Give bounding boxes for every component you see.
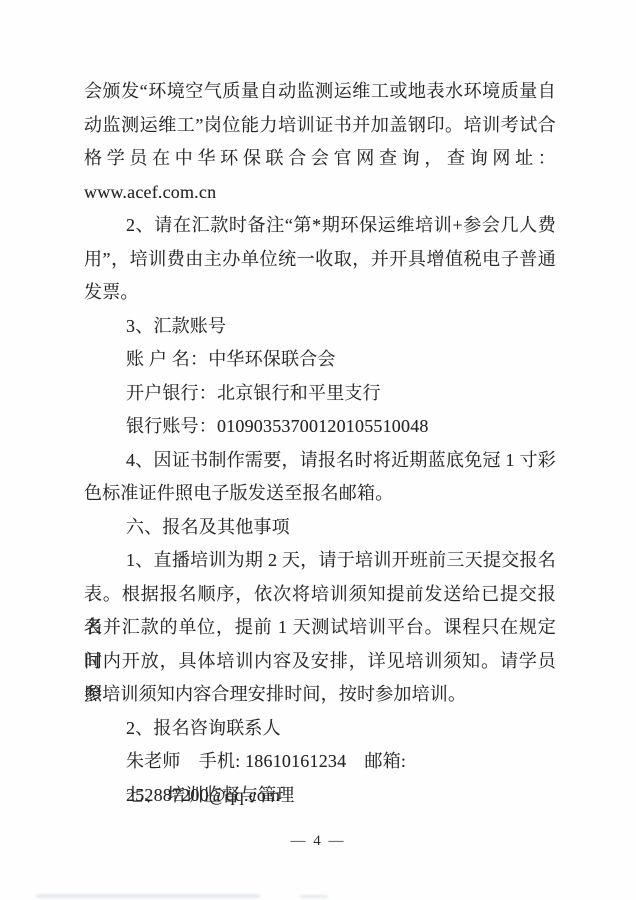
text-line: 用”，培训费由主办单位统一收取，并开具增值税电子普通 — [84, 243, 556, 277]
page-number: — 4 — — [0, 830, 636, 852]
text-line: 色标准证件照电子版发送至报名邮箱。 — [84, 477, 556, 511]
text-line: 间内开放，具体培训内容及安排，详见培训须知。请学员参 — [84, 645, 556, 679]
text-line: 2、请在汇款时备注“第*期环保运维培训+参会几人费 — [84, 209, 556, 243]
bank-name-line: 开户银行：北京银行和平里支行 — [84, 377, 556, 411]
account-name-line: 账 户 名：中华环保联合会 — [84, 343, 556, 377]
text-line: 会颁发“环境空气质量自动监测运维工或地表水环境质量自 — [84, 75, 556, 109]
document-body: 会颁发“环境空气质量自动监测运维工或地表水环境质量自 动监测运维工”岗位能力培训… — [84, 75, 556, 812]
account-number-line: 银行账号：01090353700120105510048 — [84, 410, 556, 444]
contact-heading: 2、报名咨询联系人 — [84, 712, 556, 746]
section-heading-six: 六、报名及其他事项 — [84, 511, 556, 545]
document-page: 会颁发“环境空气质量自动监测运维工或地表水环境质量自 动监测运维工”岗位能力培训… — [0, 0, 636, 900]
remittance-heading: 3、汇款账号 — [84, 310, 556, 344]
section-heading-seven: 七、 培训监督与管理 — [84, 779, 556, 813]
text-line: 动监测运维工”岗位能力培训证书并加盖钢印。培训考试合 — [84, 109, 556, 143]
text-line: 4、因证书制作需要，请报名时将近期蓝底免冠 1 寸彩 — [84, 444, 556, 478]
text-line: 1、直播培训为期 2 天，请于培训开班前三天提交报名 — [84, 544, 556, 578]
scan-artifact — [300, 895, 328, 898]
text-line: 表。根据报名顺序，依次将培训须知提前发送给已提交报名 — [84, 578, 556, 612]
text-line: 照培训须知内容合理安排时间，按时参加培训。 — [84, 678, 556, 712]
scan-artifact — [36, 894, 260, 898]
text-line: 表并汇款的单位，提前 1 天测试培训平台。课程只在规定时 — [84, 611, 556, 645]
contact-line: 朱老师 手机: 18610161234 邮箱: 252887200@qq.com — [84, 745, 556, 779]
url-text: www.acef.com.cn — [84, 176, 556, 210]
text-line: 发票。 — [84, 276, 556, 310]
text-line: 格学员在中华环保联合会官网查询，查询网址： — [84, 142, 556, 176]
